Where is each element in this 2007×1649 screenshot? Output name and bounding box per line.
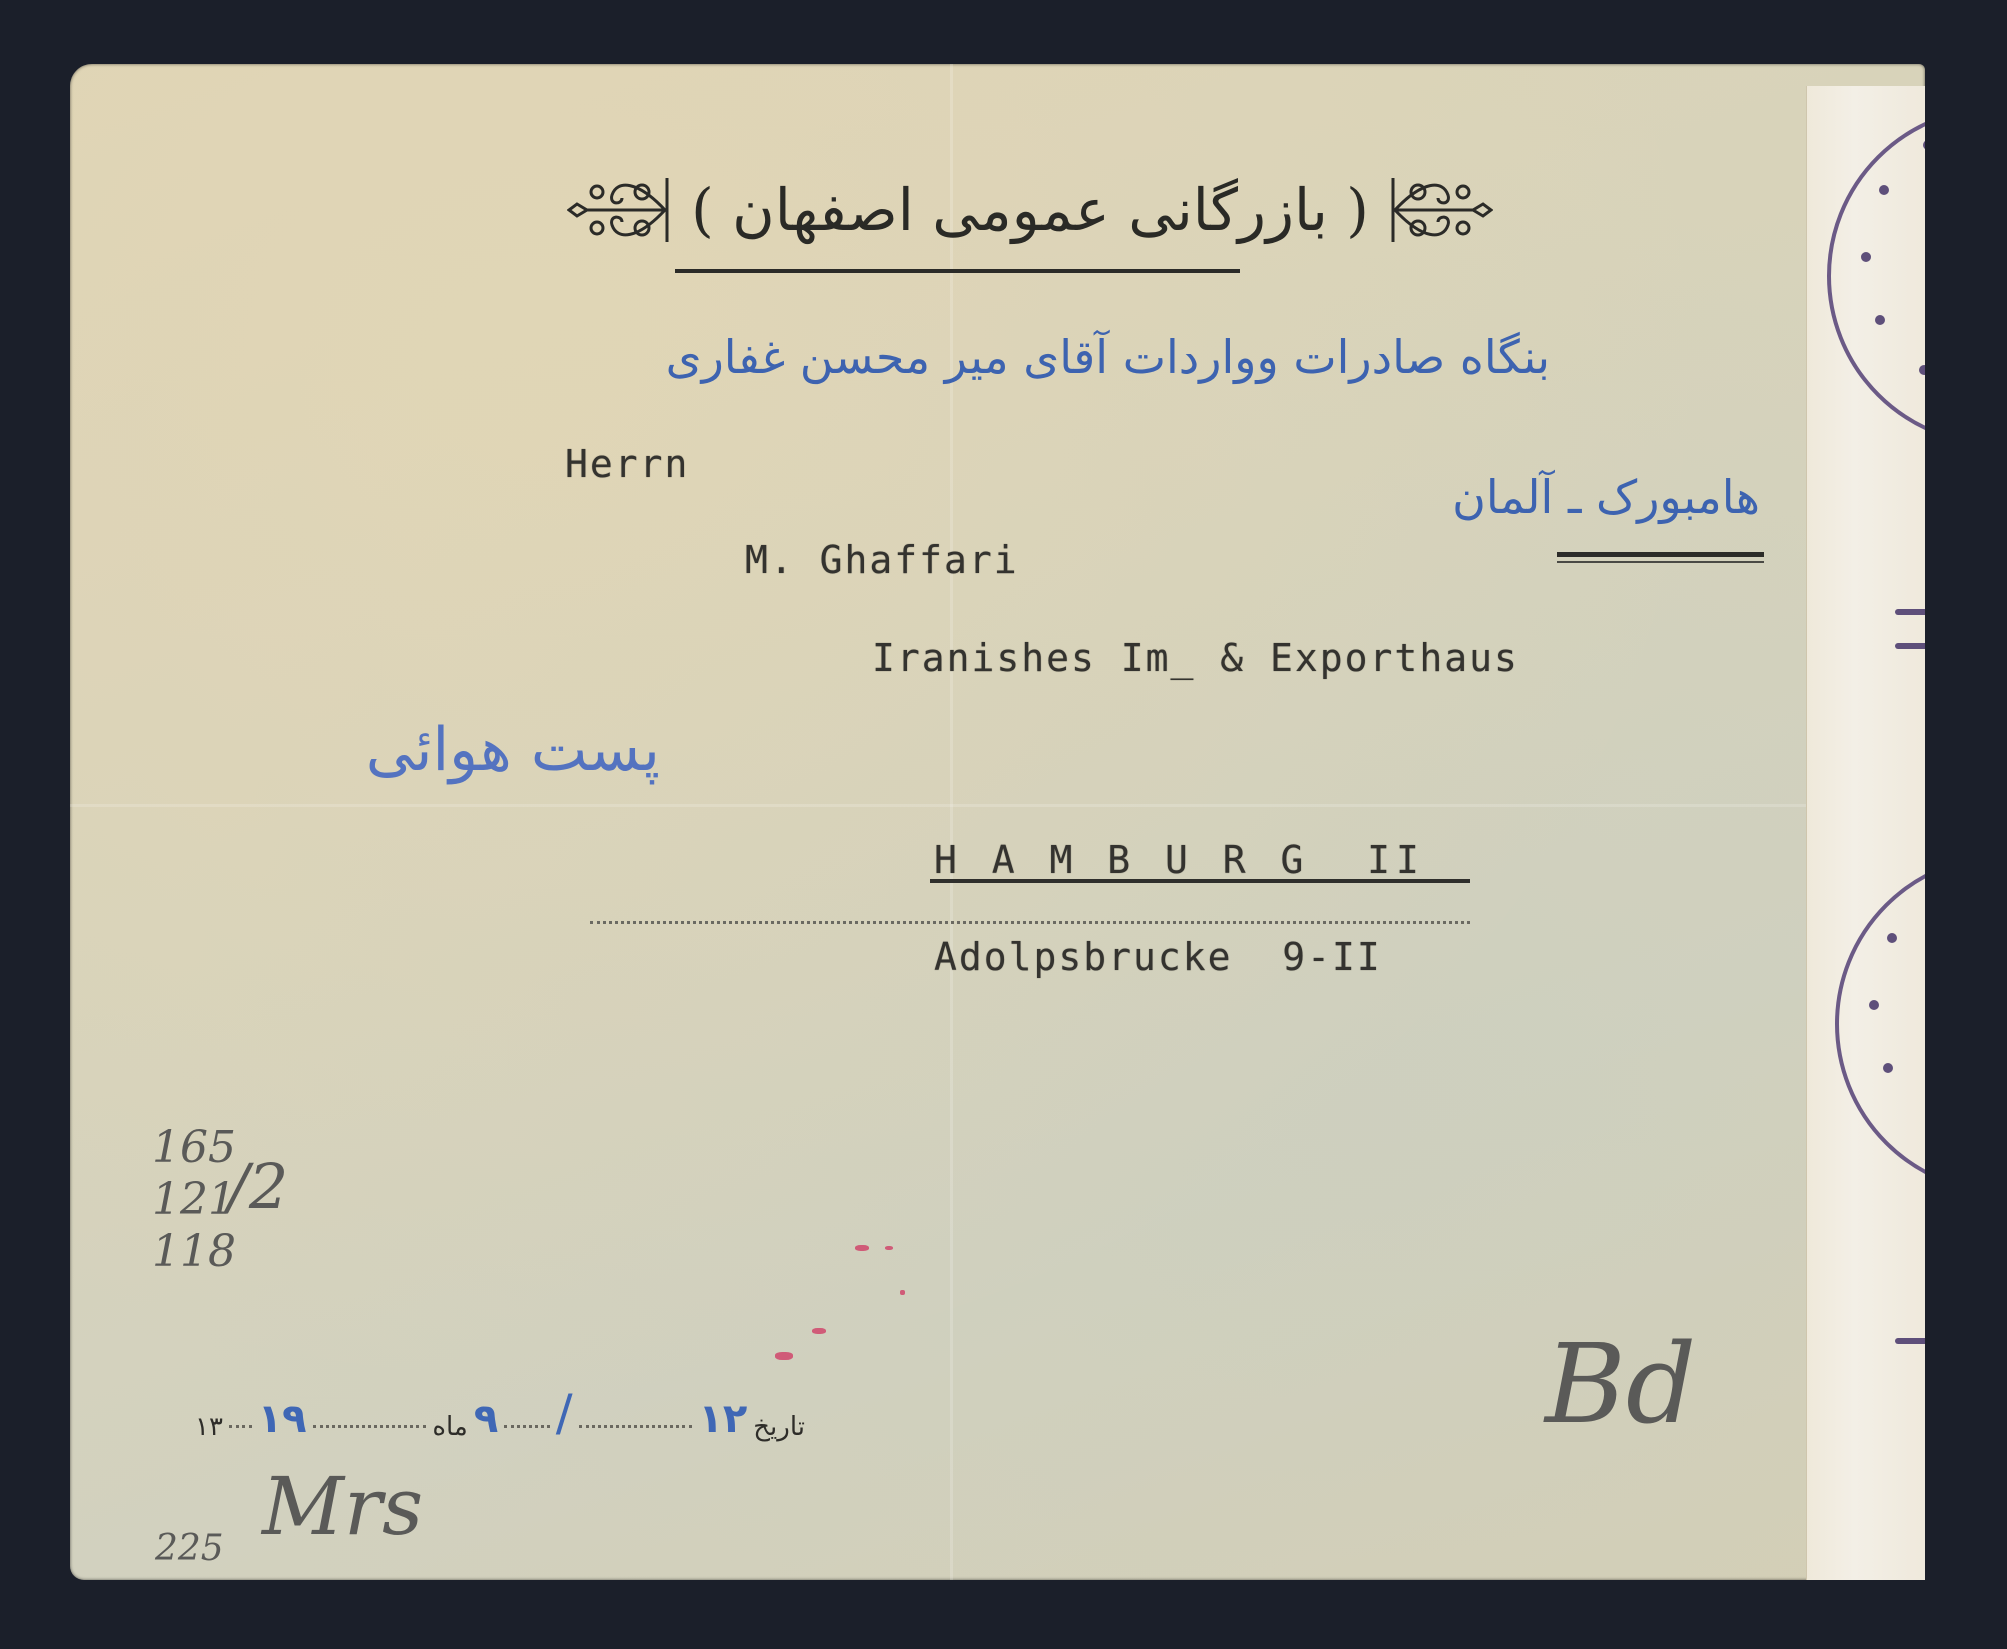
recipient-street: Adolpsbrucke 9-II xyxy=(934,935,1382,979)
floral-ornament-icon xyxy=(1383,170,1493,250)
pencil-number: 165 xyxy=(152,1122,236,1174)
date-field: تاریخ ۱۲ / ۹ ماه ۱۹ ۱۳ xyxy=(195,1382,805,1442)
pencil-initials: Bd xyxy=(1545,1320,1696,1448)
ink-speck xyxy=(855,1245,869,1251)
sender-line: بنگاه صادرات وواردات آقای میر محسن غفاری xyxy=(630,330,1550,384)
censor-tick xyxy=(1895,609,1925,615)
salutation: Herrn xyxy=(565,442,689,486)
recipient-city: H A M B U R G II xyxy=(934,838,1425,882)
censor-stamp xyxy=(1827,106,1925,446)
dotted-address-line xyxy=(590,921,1470,924)
fold-crease xyxy=(70,804,1810,807)
censor-tick xyxy=(1895,1338,1925,1344)
pencil-signature-number: 225 xyxy=(155,1528,224,1569)
city-underline xyxy=(930,879,1470,883)
ink-speck xyxy=(885,1246,893,1250)
destination-underline xyxy=(1557,552,1764,563)
censor-stamp xyxy=(1835,854,1925,1194)
letterhead: ( بازرگانی عمومی اصفهان ) xyxy=(530,160,1530,260)
censor-tick xyxy=(1895,643,1925,649)
ink-speck xyxy=(900,1290,905,1295)
letterhead-title: ( بازرگانی عمومی اصفهان ) xyxy=(691,176,1369,244)
pencil-numbers: 165 121 118 xyxy=(152,1122,236,1278)
month-label: ماه xyxy=(432,1412,467,1442)
date-year-prefix: ۱۳ xyxy=(195,1412,223,1442)
letterhead-underline xyxy=(675,269,1240,273)
floral-ornament-icon xyxy=(567,170,677,250)
date-day: ۱۲ xyxy=(698,1396,747,1442)
recipient-company: Iranishes Im_ & Exporthaus xyxy=(872,636,1519,680)
pencil-number: 121 xyxy=(152,1174,236,1226)
date-month: ۹ xyxy=(474,1396,498,1442)
date-slash: / xyxy=(556,1384,573,1442)
ink-speck xyxy=(775,1352,793,1360)
censor-tape xyxy=(1806,86,1925,1580)
pencil-number: 118 xyxy=(152,1226,236,1278)
airmail-note: پست هوائی xyxy=(300,715,660,785)
pencil-signature: Mrs xyxy=(262,1460,423,1553)
fold-crease xyxy=(950,64,953,1580)
recipient-name: M. Ghaffari xyxy=(745,538,1019,582)
ink-speck xyxy=(812,1328,826,1334)
destination-persian: هامبورک ـ آلمان xyxy=(1390,470,1760,524)
date-label: تاریخ xyxy=(753,1412,805,1442)
date-year-suffix: ۱۹ xyxy=(258,1396,307,1442)
pencil-fraction: /2 xyxy=(228,1150,288,1223)
